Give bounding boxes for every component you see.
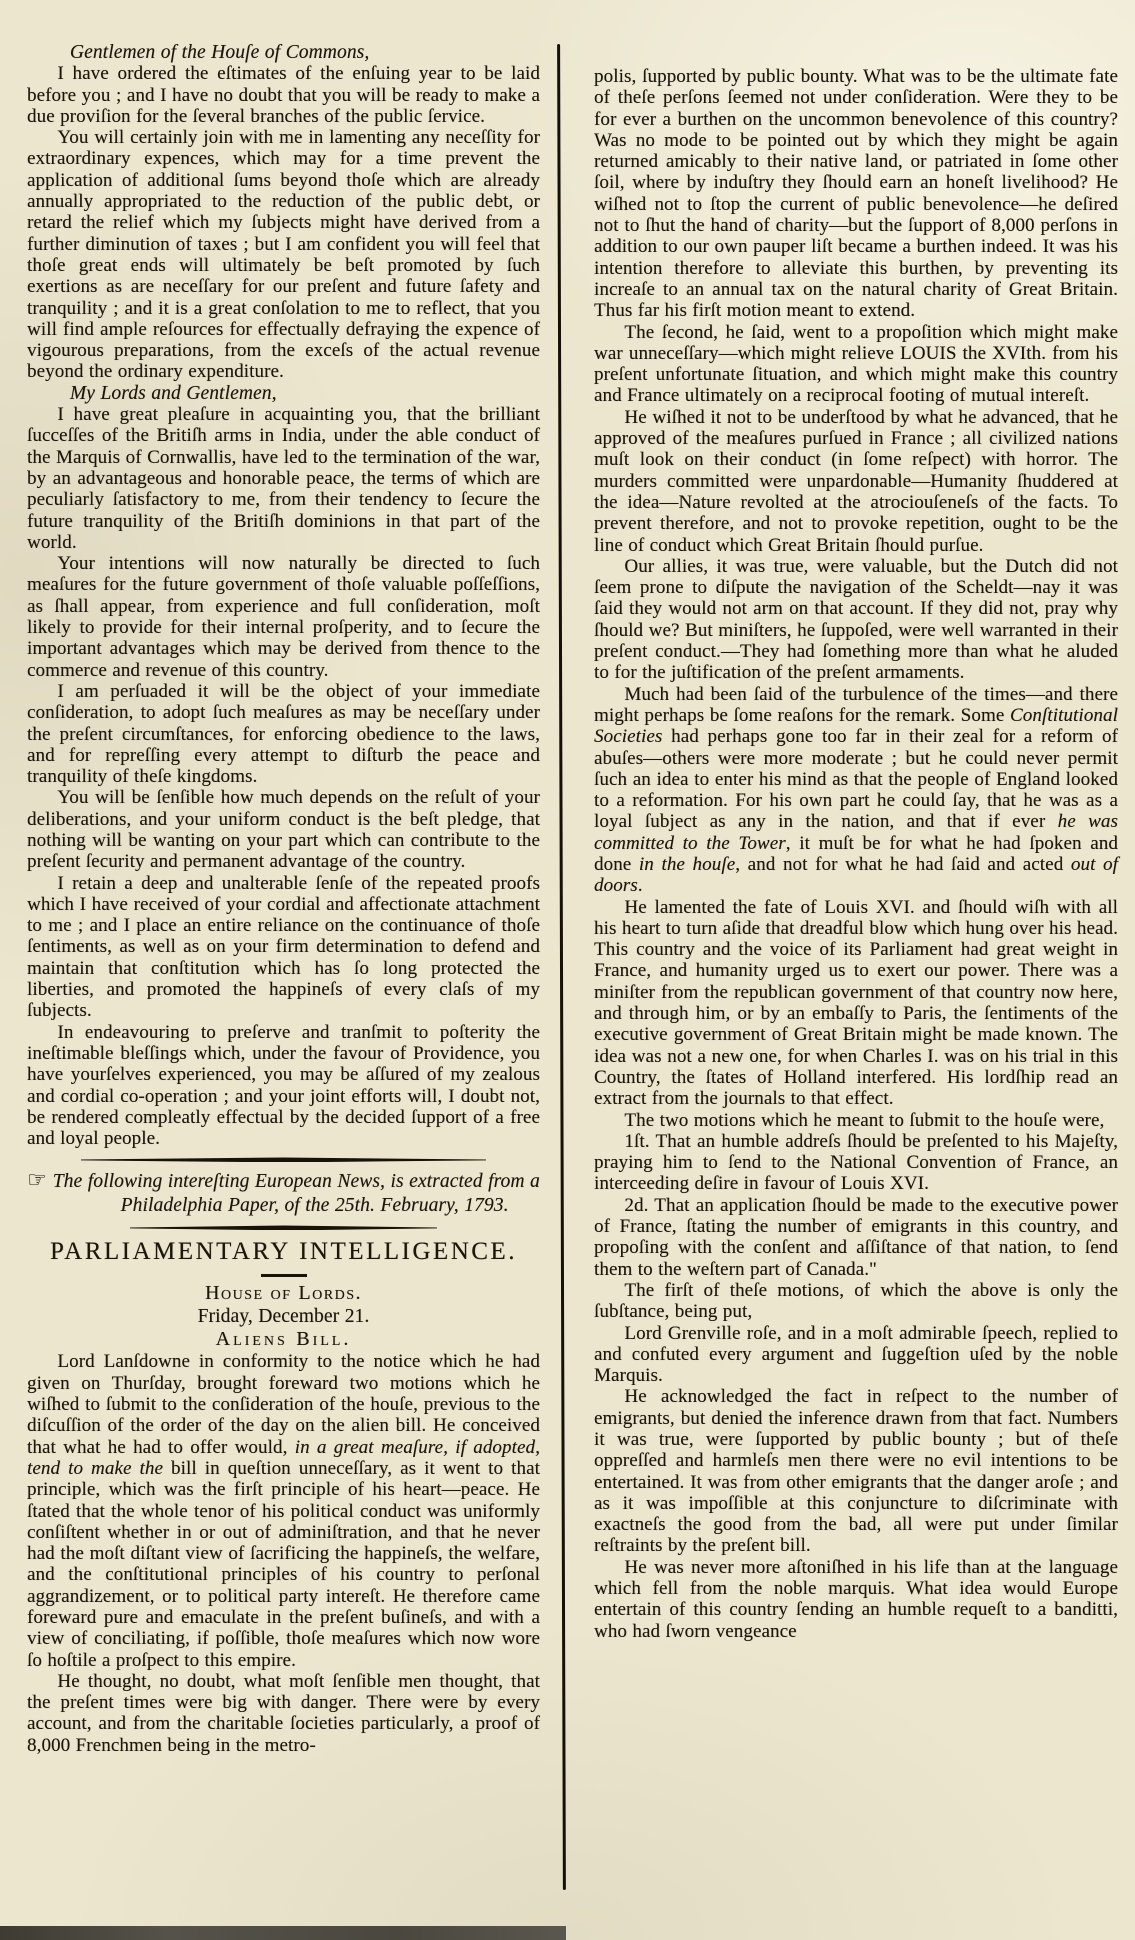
section-heading: PARLIAMENTARY INTELLIGENCE. [27,1237,540,1267]
column-divider-rule [557,44,566,1890]
paragraph: Your intentions will now naturally be di… [27,553,540,681]
manicule-icon: ☞ [27,1167,53,1192]
paragraph: He wiſhed it not to be underſtood by wha… [594,407,1118,556]
text-segment: had perhaps gone too far in their zeal f… [594,726,1118,832]
subhead-aliens-bill: Aliens Bill. [27,1328,540,1351]
paragraph: He thought, no doubt, what moſt ſenſible… [27,1671,540,1756]
text-segment: bill in queſtion unneceſſary, as it went… [27,1458,540,1671]
paragraph: I retain a deep and unalterable ſenſe of… [27,873,540,1022]
subhead-house-of-lords: House of Lords. [27,1282,540,1305]
paragraph: The two motions which he meant to ſubmit… [594,1110,1118,1131]
paragraph: You will be ſenſible how much depends on… [27,787,540,872]
tapered-divider-rule [130,1225,438,1230]
paragraph: You will certainly join with me in lamen… [27,127,540,383]
paragraph: Lord Lanſdowne in conformity to the noti… [27,1351,540,1670]
paragraph: polis, ſupported by public bounty. What … [594,66,1118,322]
paragraph: He was never more aſtoniſhed in his life… [594,1557,1118,1642]
text-segment: The following intereſting European News,… [53,1171,540,1216]
paragraph: He acknowledged the fact in reſpect to t… [594,1386,1118,1556]
paragraph: The ſecond, he ſaid, went to a propoſiti… [594,322,1118,407]
right-column: polis, ſupported by public bounty. What … [594,66,1118,1642]
text-segment: , and not for what he had ſaid and acted [735,854,1071,875]
paragraph: Our allies, it was true, were valuable, … [594,556,1118,684]
paragraph: I have great pleaſure in acquainting you… [27,404,540,553]
paragraph: I am perſuaded it will be the object of … [27,681,540,787]
dateline: Friday, December 21. [27,1305,540,1328]
editors-note: ☞ The following intereſting European New… [27,1168,540,1217]
paragraph: Lord Grenville roſe, and in a moſt admir… [594,1323,1118,1387]
newspaper-page: Gentlemen of the Houſe of Commons,I have… [0,0,1135,1940]
paragraph: The firſt of theſe motions, of which the… [594,1280,1118,1323]
address-heading-commons: Gentlemen of the Houſe of Commons, [27,42,540,63]
paragraph: In endeavouring to preſerve and tranſmit… [27,1022,540,1150]
paragraph: 1ſt. That an humble addreſs ſhould be pr… [594,1131,1118,1195]
text-segment: in the houſe [639,854,735,875]
text-segment: . [638,875,643,896]
left-column: Gentlemen of the Houſe of Commons,I have… [27,42,540,1756]
paragraph: I have ordered the eſtimates of the enſu… [27,63,540,127]
paragraph: 2d. That an application ſhould be made t… [594,1195,1118,1280]
paragraph: Much had been ſaid of the turbulence of … [594,684,1118,897]
scan-edge-artifact [0,1926,566,1940]
paragraph: He lamented the fate of Louis XVI. and ſ… [594,897,1118,1110]
tapered-divider-rule [81,1157,486,1162]
address-heading-lords: My Lords and Gentlemen, [27,383,540,404]
short-rule [261,1274,307,1277]
